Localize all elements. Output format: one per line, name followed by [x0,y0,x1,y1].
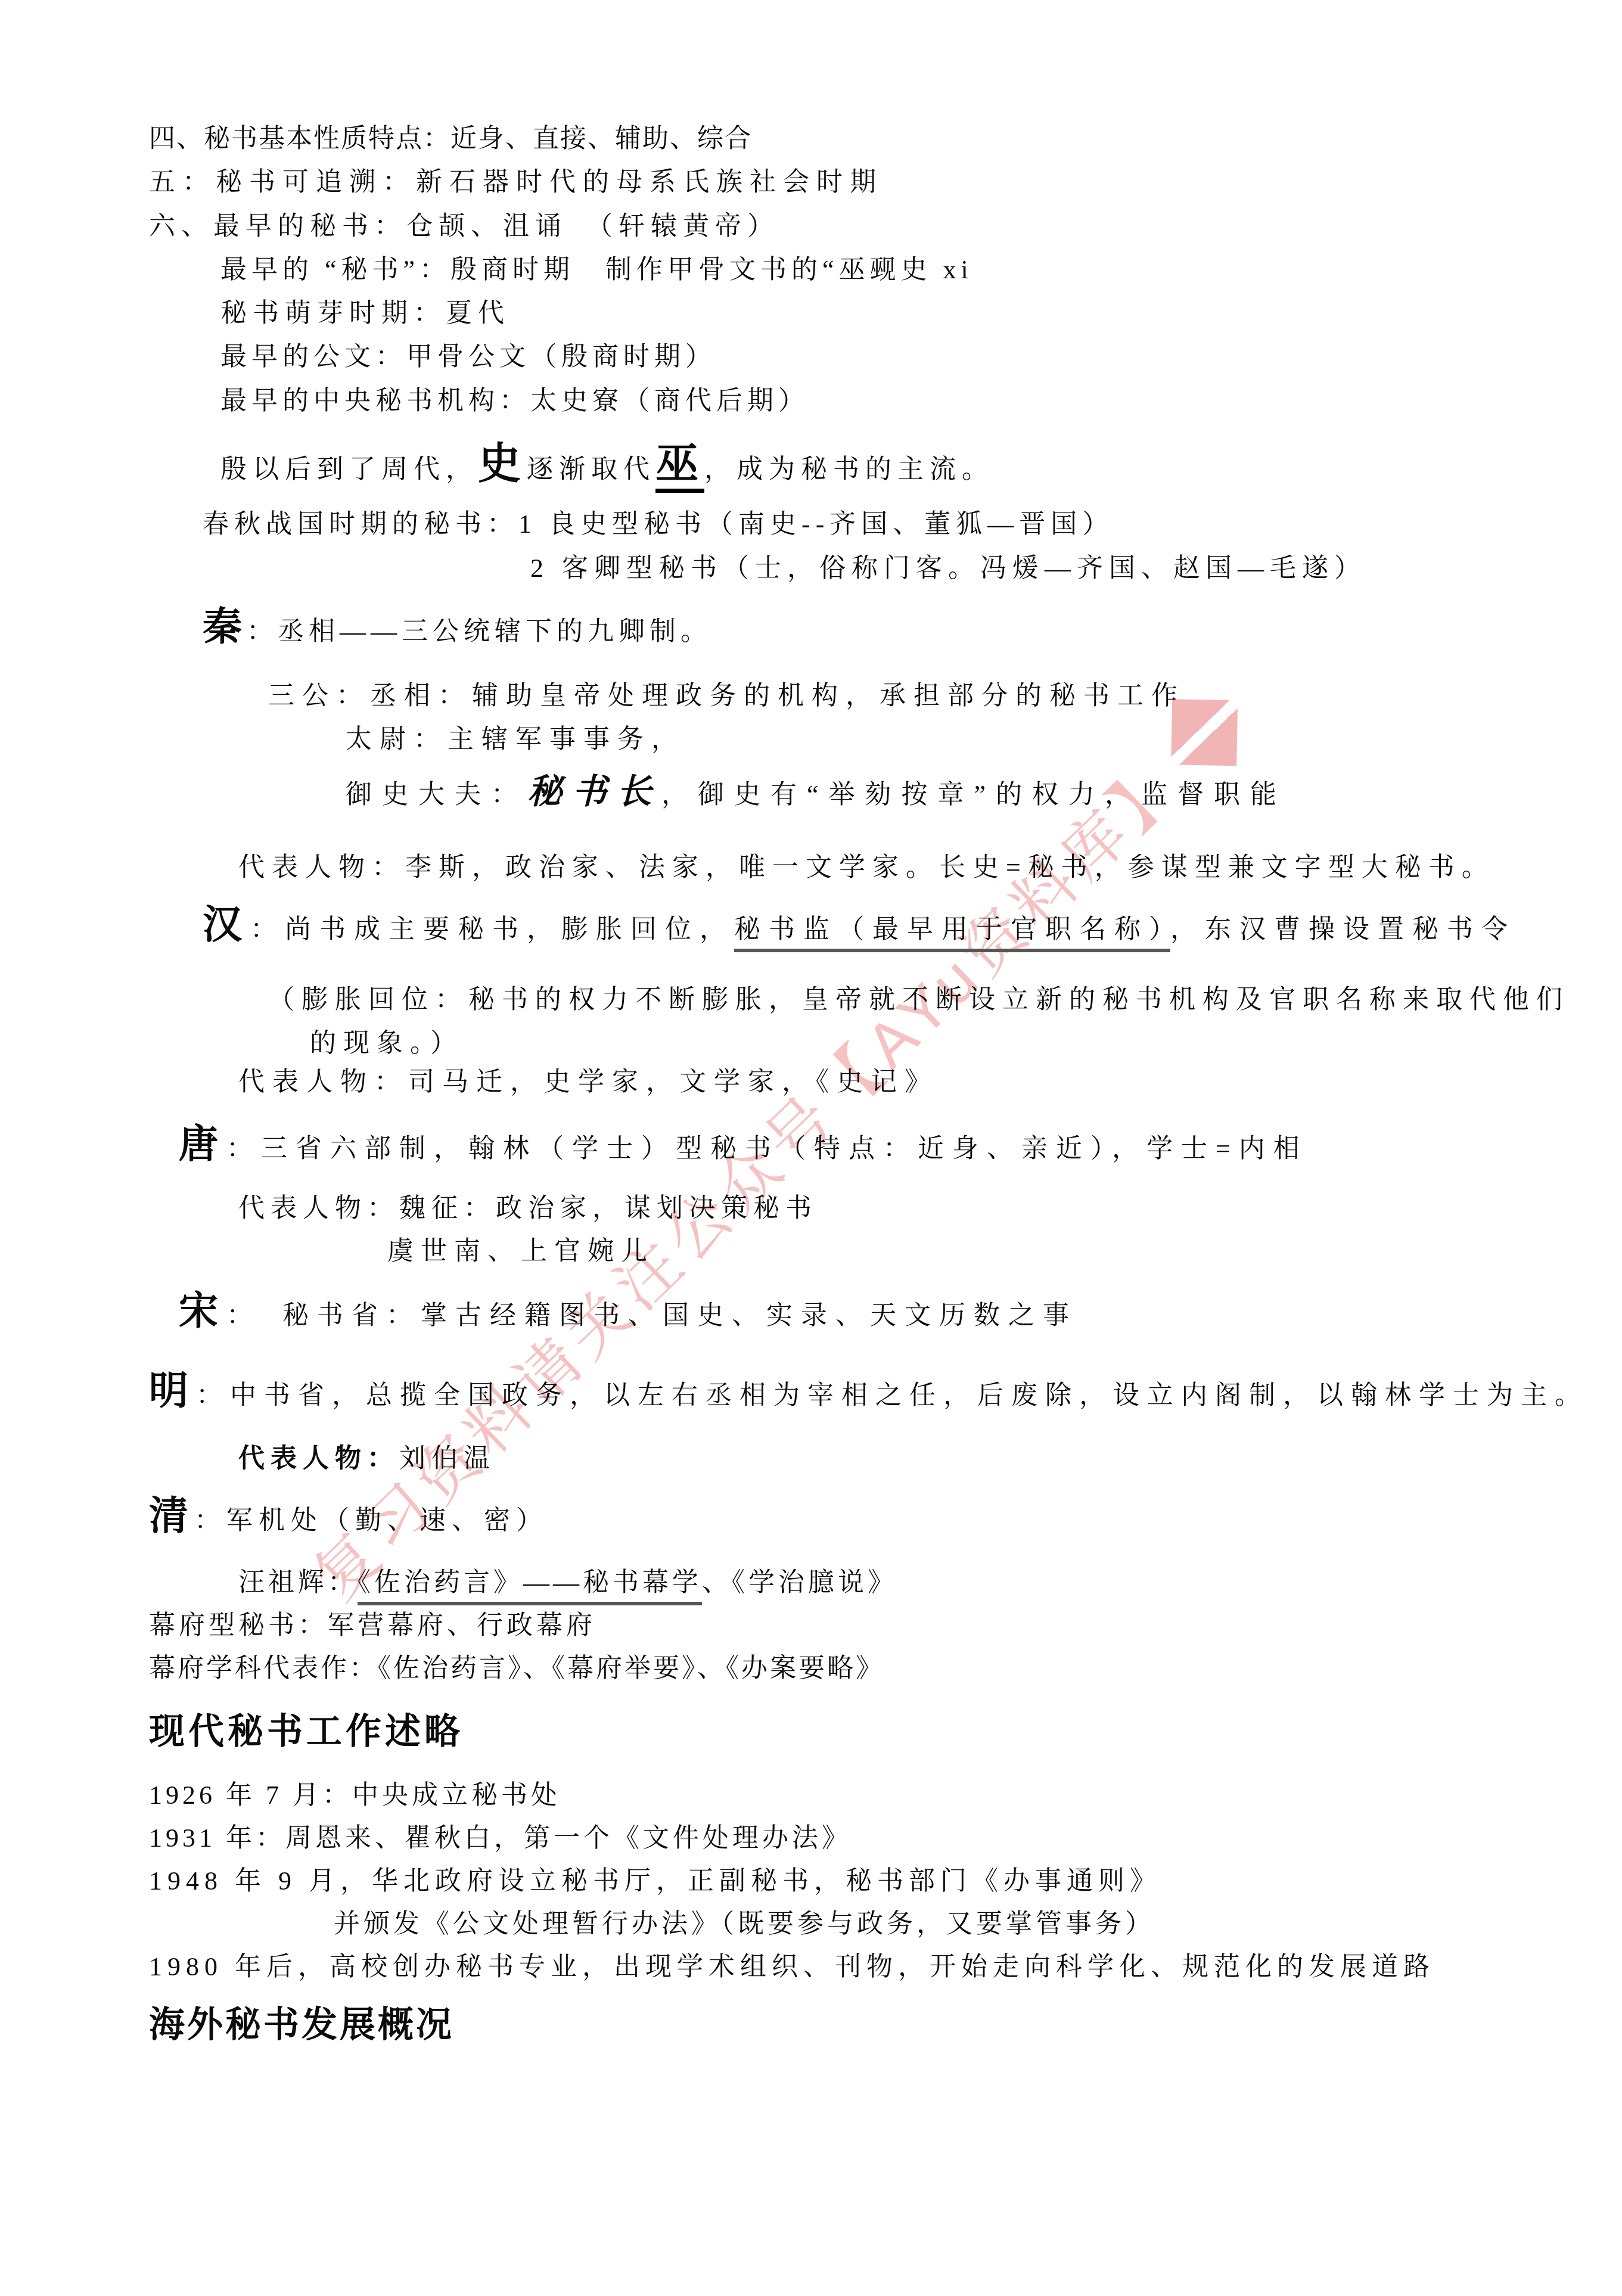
text-segment: 代表人物：司马迁，史学家，文学家，《史记》 [238,1067,939,1096]
text-segment: 、《学治臆说》 [702,1568,897,1597]
text-line: 春秋战国时期的秘书：1 良史型秘书（南史--齐国、董狐—晋国） [203,508,1114,540]
text-segment: ：丞相——三公统辖下的九卿制。 [247,617,711,646]
text-segment: 御史大夫： [346,780,527,809]
text-segment: 幕府型秘书：军营幕府、行政幕府 [149,1611,596,1640]
text-line: 三公：丞相：辅助皇帝处理政务的机构，承担部分的秘书工作 [268,679,1185,712]
text-segment: 刘伯温 [399,1444,496,1473]
text-segment: 2 客卿型秘书（士，俗称门客。冯煖—齐国、赵国—毛遂） [530,554,1366,583]
text-line: 汪祖辉：《佐治药言》——秘书幕学、《学治臆说》 [238,1566,897,1599]
text-line: 1931 年：周恩来、瞿秋白，第一个《文件处理办法》 [149,1822,852,1854]
text-segment: 代表人物：魏征：政治家，谋划决策秘书 [238,1194,818,1223]
text-line: 并颁发《公文处理暂行办法》（既要参与政务，又要掌管事务） [334,1907,1155,1940]
text-segment: 春秋战国时期的秘书：1 良史型秘书（南史--齐国、董狐—晋国） [203,509,1114,539]
text-segment: 海外秘书发展概况 [149,2005,454,2045]
text-segment: 四、秘书基本性质特点：近身、直接、辅助、综合 [149,124,752,153]
text-segment: 秘书萌芽时期：夏代 [220,299,510,328]
text-segment: 幕府学科代表作：《佐治药言》、《幕府举要》、《办案要略》 [149,1654,884,1683]
text-segment: 汉 [203,903,250,947]
text-segment: 汪祖辉： [238,1568,358,1597]
section-heading: 现代秘书工作述略 [149,1709,464,1754]
text-segment: 代表人物：李斯，政治家、法家，唯一文学家。长史=秘书，参谋型兼文字型大秘书。 [238,853,1495,882]
text-segment: 并颁发《公文处理暂行办法》（既要参与政务，又要掌管事务） [334,1909,1155,1938]
text-segment: 太尉：主辖军事事务， [346,725,685,754]
text-segment: 最早的 “秘书”：殷商时期 制作甲骨文书的“巫觋史 xi [220,255,973,284]
text-segment: 逐渐取代 [527,455,655,484]
text-segment: 明 [149,1369,196,1413]
text-line: 清：军机处（勤、速、密） [149,1497,548,1537]
text-line: 宋： 秘书省：掌古经籍图书、国史、实录、天文历数之事 [179,1292,1077,1332]
text-line: 明：中书省，总揽全国政务，以左右丞相为宰相之任，后废除，设立内阁制，以翰林学士为… [149,1372,1589,1412]
text-line: 1980 年后，高校创办秘书专业，出现学术组织、刊物，开始走向科学化、规范化的发… [149,1950,1435,1983]
text-segment: 五：秘书可追溯：新石器时代的母系氏族社会时期 [149,167,883,197]
text-segment: 的现象。） [310,1029,464,1058]
text-segment: ，东汉曹操设置秘书令 [1170,915,1516,944]
text-segment: 唐 [179,1123,226,1166]
text-segment: 1931 年：周恩来、瞿秋白，第一个《文件处理办法》 [149,1823,852,1853]
text-segment: ： 秘书省：掌古经籍图书、国史、实录、天文历数之事 [226,1301,1077,1330]
text-segment: ：中书省，总揽全国政务，以左右丞相为宰相之任，后废除，设立内阁制，以翰林学士为主… [196,1381,1589,1410]
text-segment: 代表人物： [238,1444,399,1473]
text-segment: 最早的公文：甲骨公文（殷商时期） [220,342,716,371]
text-segment: ，成为秘书的主流。 [704,455,994,484]
text-line: 五：秘书可追溯：新石器时代的母系氏族社会时期 [149,166,883,198]
text-line: 最早的 “秘书”：殷商时期 制作甲骨文书的“巫觋史 xi [220,253,973,286]
text-segment: 《佐治药言》——秘书幕学 [358,1568,702,1605]
text-line: 太尉：主辖军事事务， [346,723,685,756]
text-segment: 秘书监（最早用于官职名称） [734,915,1170,952]
text-line: 最早的公文：甲骨公文（殷商时期） [220,340,716,373]
text-segment: 清 [149,1495,194,1538]
text-segment: 1948 年 9 月，华北政府设立秘书厅，正副秘书，秘书部门《办事通则》 [149,1866,1161,1896]
text-line: 2 客卿型秘书（士，俗称门客。冯煖—齐国、赵国—毛遂） [530,552,1366,585]
text-line: 四、秘书基本性质特点：近身、直接、辅助、综合 [149,122,752,155]
text-line: 最早的中央秘书机构：太史寮（商代后期） [220,384,809,417]
text-line: 1948 年 9 月，华北政府设立秘书厅，正副秘书，秘书部门《办事通则》 [149,1865,1161,1897]
text-segment: 巫 [655,440,704,493]
text-line: 代表人物：司马迁，史学家，文学家，《史记》 [238,1065,939,1098]
text-line: 殷以后到了周代，史逐渐取代巫，成为秘书的主流。 [220,442,994,486]
text-line: 秘书萌芽时期：夏代 [220,297,510,330]
text-segment: 六、最早的秘书：仓颉、沮诵 （轩辕黄帝） [149,212,779,241]
text-line: 代表人物：李斯，政治家、法家，唯一文学家。长史=秘书，参谋型兼文字型大秘书。 [238,851,1495,884]
text-segment: 虞世南、上官婉儿 [387,1236,654,1266]
text-segment: 史 [478,440,527,487]
text-segment: 殷以后到了周代， [220,455,478,484]
text-line: 幕府学科代表作：《佐治药言》、《幕府举要》、《办案要略》 [149,1652,884,1685]
text-segment: ：尚书成主要秘书，膨胀回位， [250,915,734,944]
text-line: 的现象。） [310,1027,464,1060]
document-content: 四、秘书基本性质特点：近身、直接、辅助、综合五：秘书可追溯：新石器时代的母系氏族… [0,0,1622,2296]
text-line: 六、最早的秘书：仓颉、沮诵 （轩辕黄帝） [149,210,779,243]
text-line: 唐：三省六部制，翰林（学士）型秘书（特点：近身、亲近），学士=内相 [179,1125,1308,1165]
text-segment: ：三省六部制，翰林（学士）型秘书（特点：近身、亲近），学士=内相 [226,1134,1308,1163]
text-line: 代表人物：魏征：政治家，谋划决策秘书 [238,1192,818,1225]
text-line: 秦：丞相——三公统辖下的九卿制。 [203,608,711,648]
text-segment: 1980 年后，高校创办秘书专业，出现学术组织、刊物，开始走向科学化、规范化的发… [149,1952,1435,1981]
text-line: 虞世南、上官婉儿 [387,1235,654,1267]
text-segment: 最早的中央秘书机构：太史寮（商代后期） [220,386,809,415]
text-line: （膨胀回位：秘书的权力不断膨胀，皇帝就不断设立新的秘书机构及官职名称来取代他们 [268,983,1570,1016]
text-line: 1926 年 7 月：中央成立秘书处 [149,1779,561,1812]
text-segment: 秦 [203,605,247,649]
document-page: 复习资料请关注公众号【AYu资料库】 四、秘书基本性质特点：近身、直接、辅助、综… [0,0,1622,2296]
text-segment: 宋 [179,1290,226,1333]
text-segment: 现代秘书工作述略 [149,1711,464,1751]
text-segment: ，御史有“举劾按章”的权力，监督职能 [661,780,1287,809]
section-heading: 海外秘书发展概况 [149,2002,454,2047]
text-line: 御史大夫：秘书长，御史有“举劾按章”的权力，监督职能 [346,775,1287,811]
text-line: 幕府型秘书：军营幕府、行政幕府 [149,1609,596,1642]
text-line: 代表人物：刘伯温 [238,1442,496,1475]
text-segment: （膨胀回位：秘书的权力不断膨胀，皇帝就不断设立新的秘书机构及官职名称来取代他们 [268,985,1570,1014]
text-segment: 三公：丞相：辅助皇帝处理政务的机构，承担部分的秘书工作 [268,681,1185,710]
text-segment: ：军机处（勤、速、密） [194,1506,548,1535]
text-segment: 1926 年 7 月：中央成立秘书处 [149,1781,561,1810]
text-segment: 秘书长 [527,772,661,811]
text-line: 汉：尚书成主要秘书，膨胀回位，秘书监（最早用于官职名称），东汉曹操设置秘书令 [203,906,1516,946]
